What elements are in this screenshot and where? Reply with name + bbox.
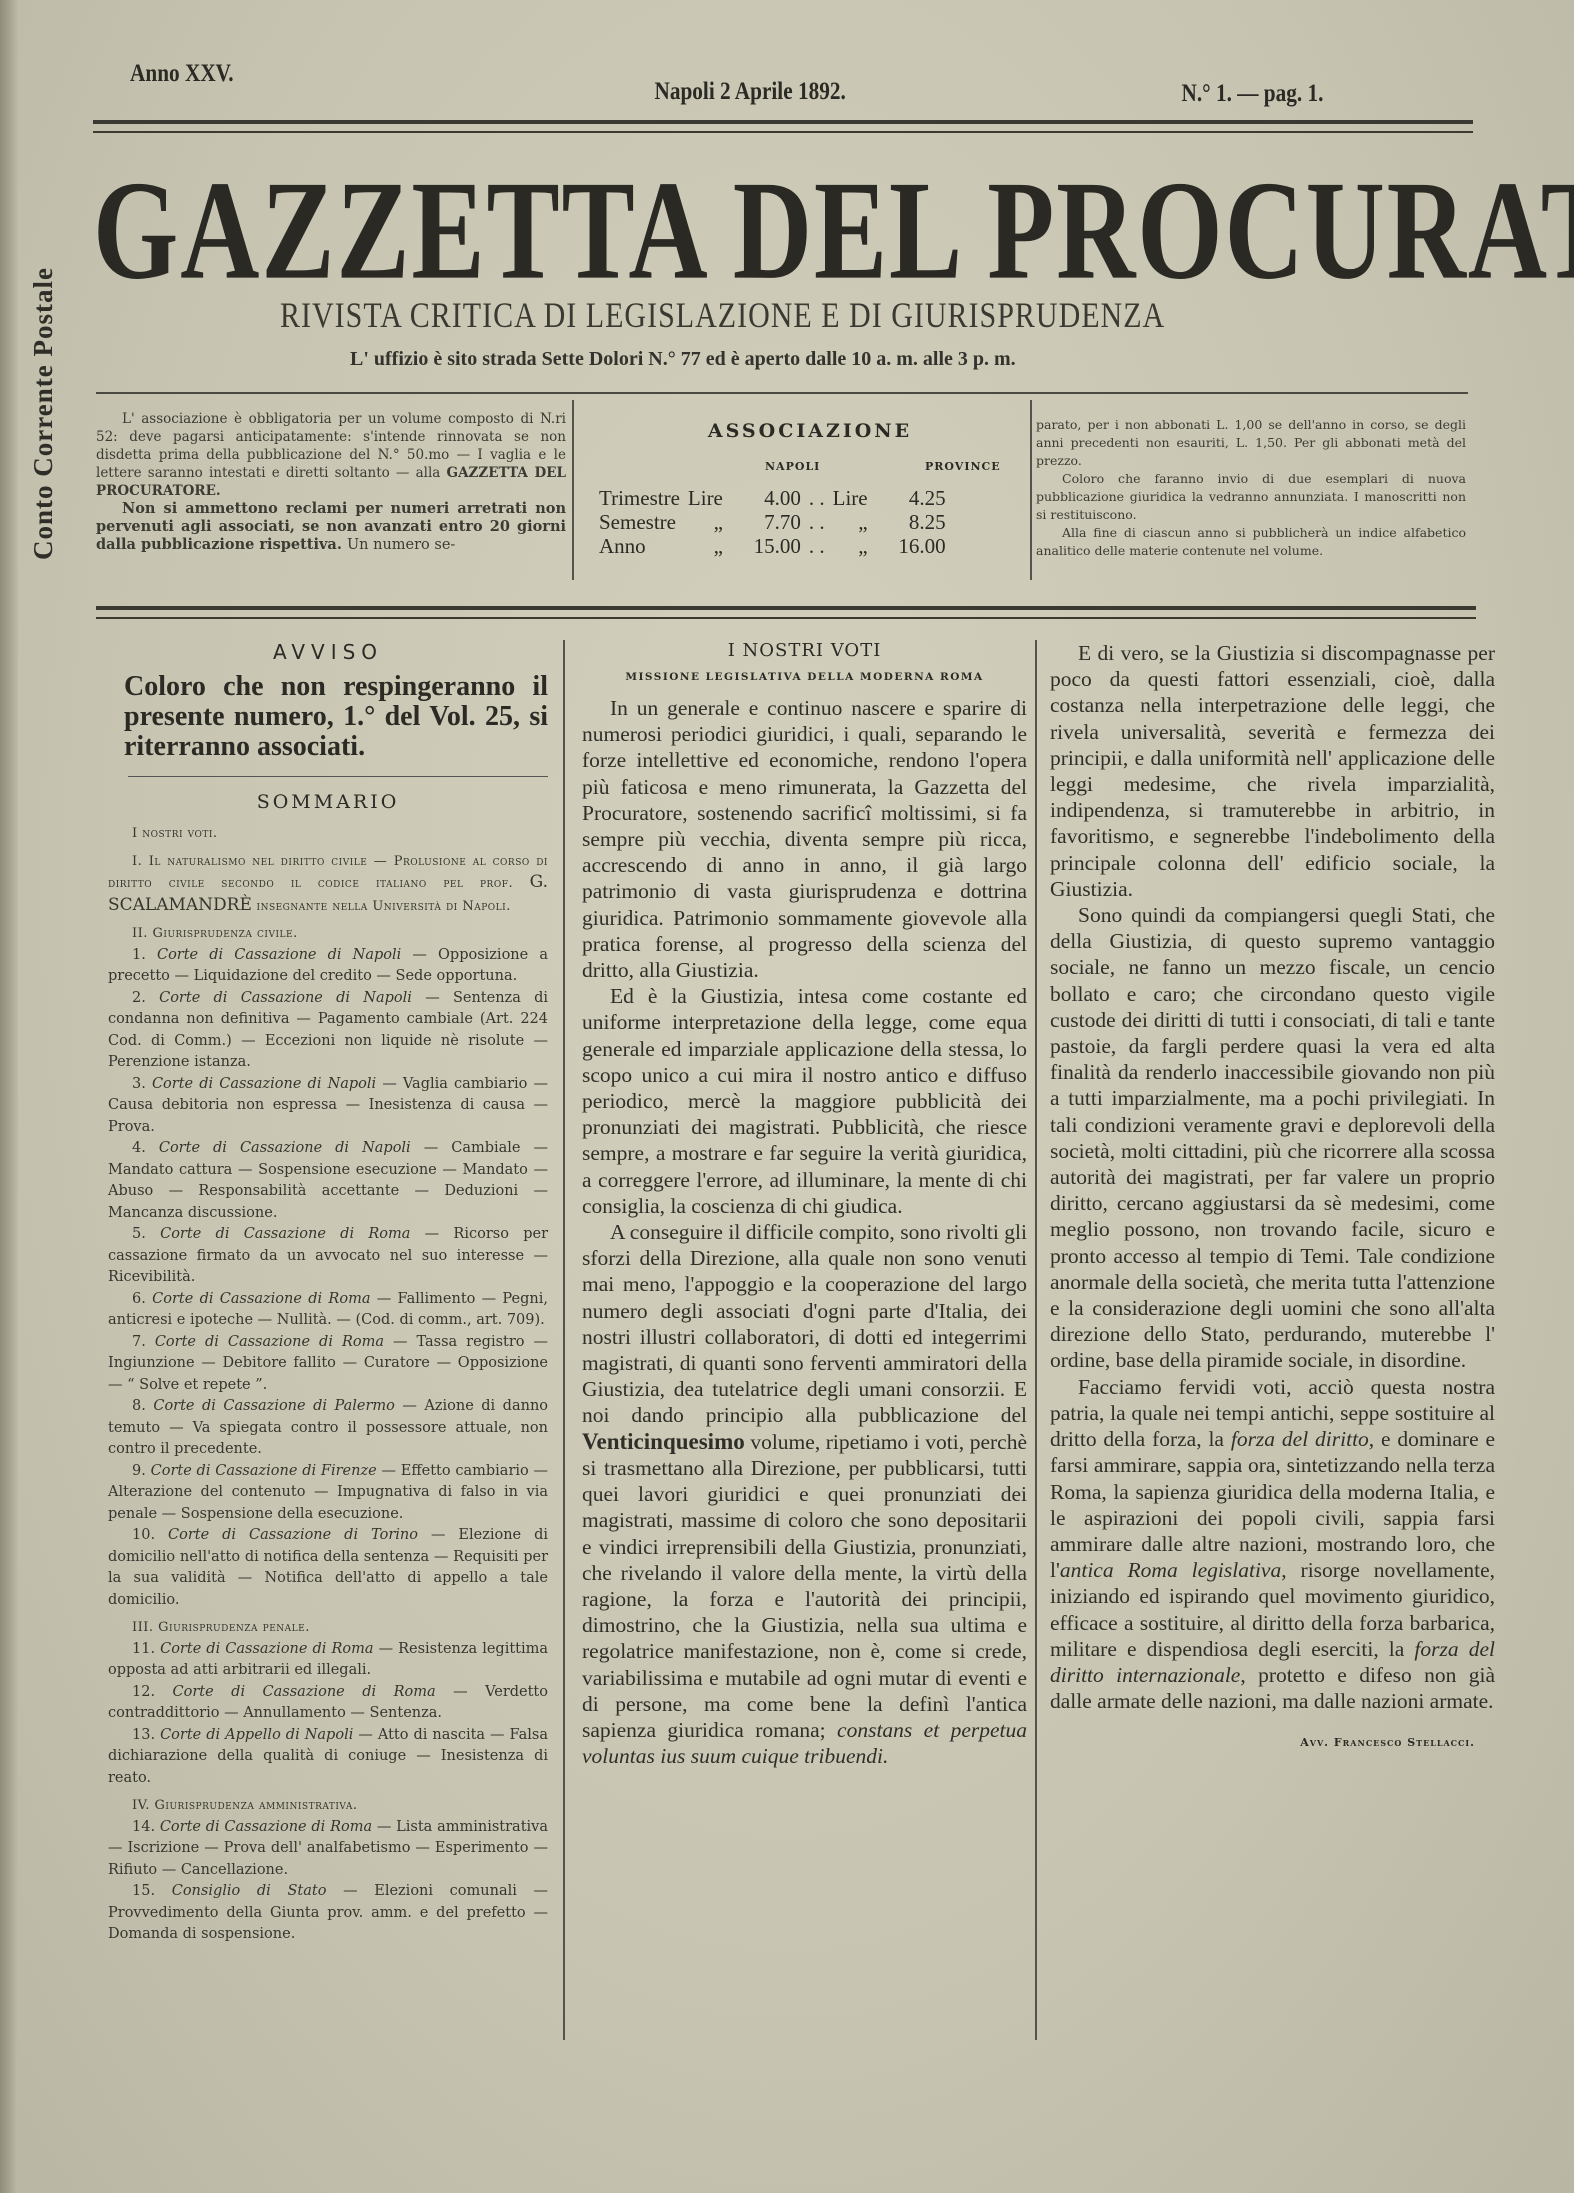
summary-item: 15. Consiglio di Stato — Elezioni comuna… xyxy=(108,1881,548,1946)
section-divider xyxy=(96,606,1476,619)
rates-title: ASSOCIAZIONE xyxy=(595,420,1025,442)
col-province: PROVINCE xyxy=(925,460,1001,473)
summary-item: 11. Corte di Cassazione di Roma — Resist… xyxy=(108,1639,548,1682)
article-paragraph: Facciamo fervidi voti, acciò questa nost… xyxy=(1050,1374,1495,1715)
subscription-terms-right: parato, per i non abbonati L. 1,00 se de… xyxy=(1036,416,1466,560)
column-divider xyxy=(563,640,565,2040)
summary-section-1: I. Il naturalismo nel diritto civile — P… xyxy=(108,851,548,918)
summary-item: 6. Corte di Cassazione di Roma — Fallime… xyxy=(108,1289,548,1332)
article-title: I NOSTRI VOTI xyxy=(582,640,1027,661)
summary-item: 1. Corte di Cassazione di Napoli — Oppos… xyxy=(108,945,548,988)
summary-item: 2. Corte di Cassazione di Napoli — Sente… xyxy=(108,988,548,1074)
year-volume: Anno XXV. xyxy=(130,60,234,88)
summary-item: 9. Corte di Cassazione di Firenze — Effe… xyxy=(108,1461,548,1526)
subscription-rates: ASSOCIAZIONE NAPOLI PROVINCE Trimestre L… xyxy=(595,420,1025,558)
summary-item: 3. Corte di Cassazione di Napoli — Vagli… xyxy=(108,1074,548,1139)
article-signature: Avv. Francesco Stellacci. xyxy=(1050,1736,1495,1749)
issue-number: N.° 1. — pag. 1. xyxy=(1182,80,1324,108)
summary-item: 5. Corte di Cassazione di Roma — Ricorso… xyxy=(108,1224,548,1289)
office-address: L' uffizio è sito strada Sette Dolori N.… xyxy=(350,348,1016,371)
masthead-subtitle: RIVISTA CRITICA DI LEGISLAZIONE E DI GIU… xyxy=(280,296,1165,337)
notice-title: AVVISO xyxy=(108,640,548,664)
rate-row: Trimestre Lire 4.00 . . Lire 4.25 xyxy=(595,486,950,510)
summary-item: 14. Corte di Cassazione di Roma — Lista … xyxy=(108,1817,548,1882)
summary-list: I nostri voti. I. Il naturalismo nel dir… xyxy=(108,823,548,1946)
masthead-title: GAZZETTA DEL PROCURATORE xyxy=(93,160,1376,302)
rate-row: Anno „ 15.00 . . „ 16.00 xyxy=(595,534,950,558)
divider xyxy=(128,776,548,777)
summary-item: 10. Corte di Cassazione di Torino — Elez… xyxy=(108,1525,548,1611)
column-divider xyxy=(1035,640,1037,2040)
page-edge xyxy=(0,0,18,2193)
column-article-2: E di vero, se la Giustizia si discompagn… xyxy=(1050,640,1495,1749)
summary-intro: I nostri voti. xyxy=(108,823,548,845)
header-topline: Anno XXV. Napoli 2 Aprile 1892. N.° 1. —… xyxy=(0,36,1338,76)
summary-section-2: II. Giurisprudenza civile. xyxy=(108,923,548,945)
article-paragraph: Sono quindi da compiangersi quegli Stati… xyxy=(1050,902,1495,1374)
subscription-top-rule xyxy=(96,392,1468,394)
column-sommario: AVVISO Coloro che non respingeranno il p… xyxy=(108,640,548,1946)
summary-item: 7. Corte di Cassazione di Roma — Tassa r… xyxy=(108,1332,548,1397)
article-paragraph: In un generale e continuo nascere e spar… xyxy=(582,695,1027,983)
column-divider xyxy=(572,400,574,580)
notice-body: Coloro che non respingeranno il presente… xyxy=(124,672,548,762)
rates-table: Trimestre Lire 4.00 . . Lire 4.25 Semest… xyxy=(595,486,950,558)
column-article-1: I NOSTRI VOTI MISSIONE LEGISLATIVA DELLA… xyxy=(582,640,1027,1769)
rate-row: Semestre „ 7.70 . . „ 8.25 xyxy=(595,510,950,534)
article-paragraph: E di vero, se la Giustizia si discompagn… xyxy=(1050,640,1495,902)
summary-item: 4. Corte di Cassazione di Napoli — Cambi… xyxy=(108,1138,548,1224)
newspaper-page: Conto Corrente Postale Anno XXV. Napoli … xyxy=(0,0,1574,2193)
summary-title: SOMMARIO xyxy=(108,791,548,813)
col-napoli: NAPOLI xyxy=(765,460,820,473)
article-subtitle: MISSIONE LEGISLATIVA DELLA MODERNA ROMA xyxy=(582,671,1027,683)
summary-item: 8. Corte di Cassazione di Palermo — Azio… xyxy=(108,1396,548,1461)
column-divider xyxy=(1030,400,1032,580)
header-divider xyxy=(93,120,1473,133)
summary-item: 13. Corte di Appello di Napoli — Atto di… xyxy=(108,1725,548,1790)
summary-item: 12. Corte di Cassazione di Roma — Verdet… xyxy=(108,1682,548,1725)
article-paragraph: Ed è la Giustizia, intesa come costante … xyxy=(582,983,1027,1219)
article-paragraph: A conseguire il difficile compito, sono … xyxy=(582,1219,1027,1769)
summary-section-4: IV. Giurisprudenza amministrativa. xyxy=(108,1795,548,1817)
side-label-conto-corrente: Conto Corrente Postale xyxy=(28,267,59,560)
summary-section-3: III. Giurisprudenza penale. xyxy=(108,1617,548,1639)
subscription-terms-left: L' associazione è obbligatoria per un vo… xyxy=(96,410,566,554)
issue-date: Napoli 2 Aprile 1892. xyxy=(655,78,846,106)
